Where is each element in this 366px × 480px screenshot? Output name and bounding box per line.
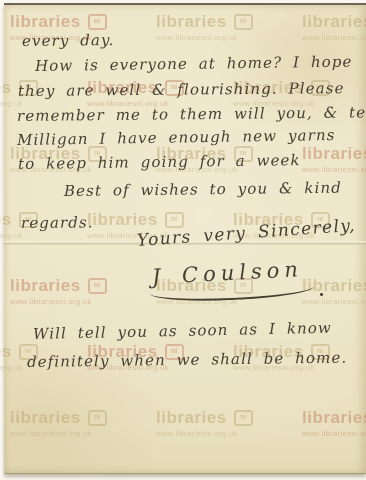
letter-line: Will tell you as soon as I know xyxy=(33,319,332,343)
watermark-brand-text: libraries xyxy=(10,277,81,294)
watermark-tile: librariesniwww.librariesni.org.uk xyxy=(302,277,366,306)
watermark-tile: librariesniwww.librariesni.org.uk xyxy=(156,13,296,42)
watermark-url-text: www.librariesni.org.uk xyxy=(156,430,296,438)
watermark-url-text: www.librariesni.org.uk xyxy=(10,430,150,438)
watermark-tile: librariesniwww.librariesni.org.uk xyxy=(10,277,150,306)
letter-line: regards. xyxy=(21,213,94,232)
watermark-url-text: www.librariesni.org.uk xyxy=(10,298,150,306)
watermark-brand-text: libraries xyxy=(302,145,366,162)
closing-line: Yours very Sincerely, xyxy=(136,216,356,251)
watermark-brand-text: libraries xyxy=(302,409,366,426)
watermark-url-text: www.librariesni.org.uk xyxy=(0,232,81,240)
letter-line: definitely when we shall be home. xyxy=(27,349,348,371)
watermark-url-text: www.librariesni.org.uk xyxy=(302,298,366,306)
watermark-url-text: www.librariesni.org.uk xyxy=(302,34,366,42)
watermark-brand-text: libraries xyxy=(10,13,81,30)
watermark-tile: librariesniwww.librariesni.org.uk xyxy=(10,409,150,438)
letter-line: How is everyone at home? I hope xyxy=(35,53,353,75)
watermark-tile: librariesniwww.librariesni.org.uk xyxy=(156,409,296,438)
watermark-brand-text: libraries xyxy=(10,409,81,426)
watermark-tile: librariesniwww.librariesni.org.uk xyxy=(302,409,366,438)
libraries-ni-logo-icon: ni xyxy=(234,14,253,30)
watermark-brand-text: libraries xyxy=(156,13,227,30)
watermark-url-text: www.librariesni.org.uk xyxy=(156,34,296,42)
watermark-url-text: www.librariesni.org.uk xyxy=(302,430,366,438)
libraries-ni-logo-icon: ni xyxy=(88,278,107,294)
watermark-tile: librariesniwww.librariesni.org.uk xyxy=(302,145,366,174)
scanned-letter-page: { "document": { "kind": "handwritten let… xyxy=(0,0,366,480)
letter-paper: librariesniwww.librariesni.org.uklibrari… xyxy=(4,3,366,474)
watermark-brand-text: libraries xyxy=(0,211,12,228)
libraries-ni-logo-icon: ni xyxy=(165,212,184,228)
watermark-brand-text: libraries xyxy=(302,13,366,30)
watermark-brand-text: libraries xyxy=(0,343,12,360)
watermark-brand-text: libraries xyxy=(87,211,158,228)
signature-period xyxy=(320,293,323,296)
watermark-brand-text: libraries xyxy=(156,409,227,426)
libraries-ni-logo-icon: ni xyxy=(88,14,107,30)
letter-line: every day. xyxy=(22,31,115,50)
libraries-ni-logo-icon: ni xyxy=(88,410,107,426)
letter-line: to keep him going for a week xyxy=(18,151,301,173)
watermark-brand-text: libraries xyxy=(0,79,12,96)
letter-line: they are well & flourishing. Please xyxy=(18,79,345,100)
watermark-url-text: www.librariesni.org.uk xyxy=(302,166,366,174)
libraries-ni-logo-icon: ni xyxy=(234,410,253,426)
letter-line: Milligan I have enough new yarns xyxy=(17,126,336,149)
letter-line: remember me to them will you, & tell xyxy=(17,103,366,125)
watermark-tile: librariesniwww.librariesni.org.uk xyxy=(302,13,366,42)
letter-line: Best of wishes to you & kind xyxy=(64,179,342,200)
